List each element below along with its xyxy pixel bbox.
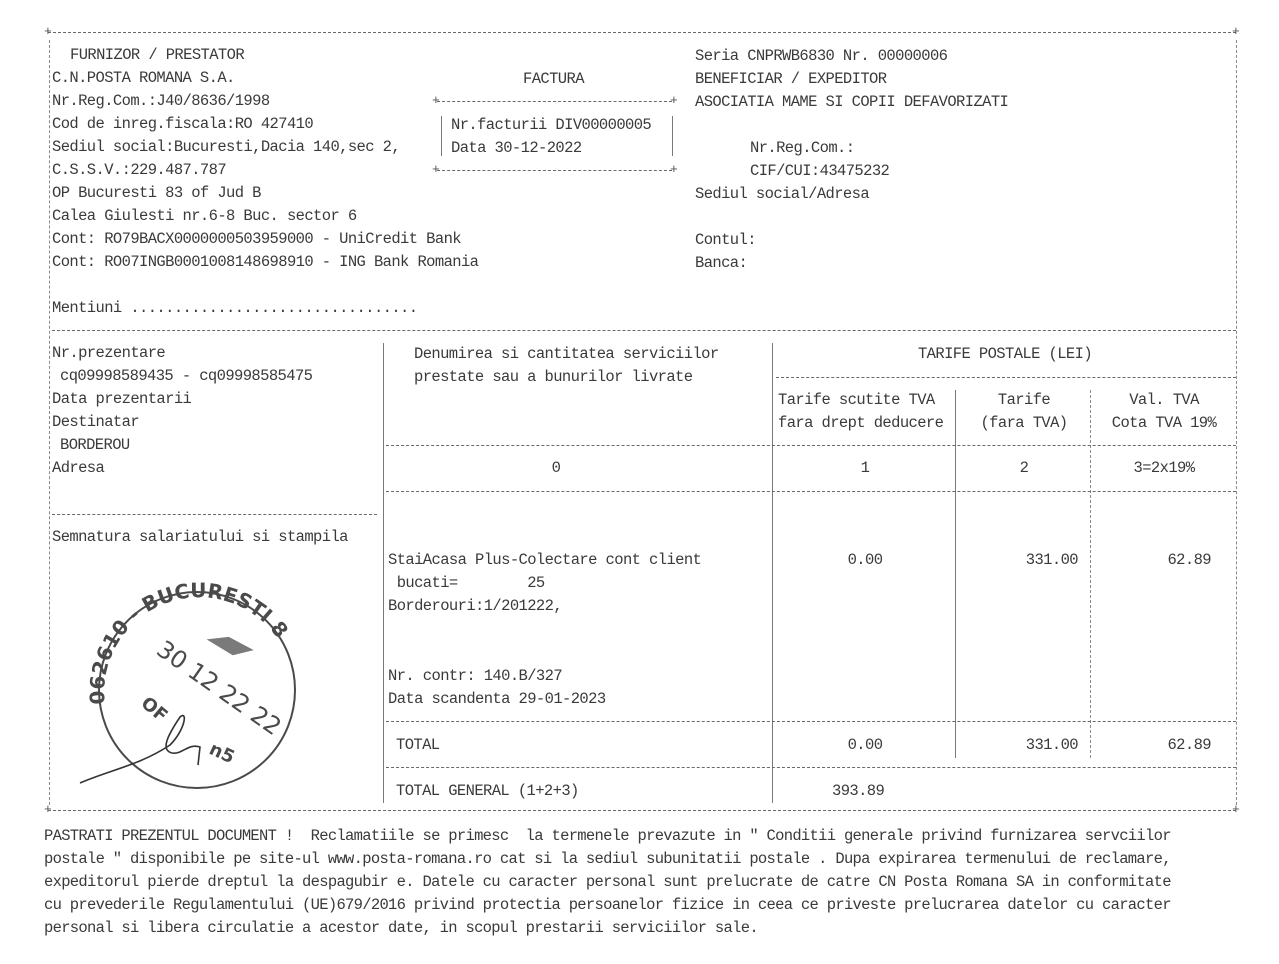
- item-quantity: bucati= 25: [388, 573, 545, 593]
- beneficiary-name: ASOCIATIA MAME SI COPII DEFAVORIZATI: [695, 92, 1008, 112]
- invoice-box-right: [672, 116, 673, 156]
- invoice-number: Nr.facturii DIV00000005: [451, 115, 651, 135]
- col-index-0: 0: [386, 458, 726, 478]
- total-exempt-value: 0.00: [775, 735, 955, 755]
- mentions: Mentiuni ...............................…: [52, 298, 417, 318]
- item-vat-value: 62.89: [1093, 550, 1211, 570]
- frame-top-border: [48, 32, 1236, 33]
- supplier-fiscal-code: Cod de inreg.fiscala:RO 427410: [52, 114, 313, 134]
- beneficiary-cif: CIF/CUI:43475232: [750, 161, 889, 181]
- signature-scribble: [80, 716, 200, 783]
- postal-stamp: 062610 - BUCURESTI 83 30 12 22 22 OF n5: [60, 575, 320, 795]
- supplier-address: Calea Giulesti nr.6-8 Buc. sector 6: [52, 206, 357, 226]
- invoice-series: Seria CNPRWB6830 Nr. 00000006: [695, 46, 947, 66]
- invoice-box-left: [441, 116, 442, 156]
- col-sep-desc-left: [383, 343, 384, 803]
- recipient-value: BORDEROU: [60, 435, 130, 455]
- col-index-3: 3=2x19%: [1093, 458, 1235, 478]
- frame-right-border: [1236, 40, 1237, 805]
- item-net-value: 331.00: [958, 550, 1078, 570]
- col-index-1: 1: [775, 458, 955, 478]
- invoice-box-bottom: [437, 170, 672, 171]
- item-borderouri: Borderouri:1/201222,: [388, 596, 562, 616]
- legal-notice-line: personal si libera circulatie a acestor …: [44, 917, 1244, 940]
- col-sep-exempt-left: [772, 343, 773, 803]
- invoice-box-top: [437, 101, 672, 102]
- total-net-value: 331.00: [958, 735, 1078, 755]
- supplier-reg-com: Nr.Reg.Com.:J40/8636/1998: [52, 91, 270, 111]
- presentation-address-label: Adresa: [52, 458, 104, 478]
- legal-notice-line: postale " disponibile pe site-ul www.pos…: [44, 848, 1244, 871]
- beneficiary-bank-label: Banca:: [695, 253, 747, 273]
- legal-notice: PASTRATI PREZENTUL DOCUMENT ! Reclamatii…: [44, 825, 1244, 940]
- desc-header-line-2: prestate sau a bunurilor livrate: [414, 367, 692, 387]
- grand-total-value: 393.89: [832, 781, 884, 801]
- supplier-account-1: Cont: RO79BACX0000000503959000 - UniCred…: [52, 229, 461, 249]
- beneficiary-heading: BENEFICIAR / EXPEDITOR: [695, 69, 886, 89]
- invoice-box-corner: +: [670, 165, 678, 175]
- presentation-date-label: Data prezentarii: [52, 389, 191, 409]
- frame-corner: +: [1232, 805, 1240, 815]
- col3-header-line-2: Cota TVA 19%: [1093, 413, 1235, 433]
- frame-bottom-border: [48, 810, 1236, 811]
- col1-header-line-1: Tarife scutite TVA: [778, 390, 935, 410]
- tariffs-header-divider: [776, 377, 1236, 378]
- frame-left-border: [49, 40, 50, 805]
- invoice-box-corner: +: [432, 165, 440, 175]
- grand-total-label: TOTAL GENERAL (1+2+3): [396, 781, 579, 801]
- frame-corner: +: [44, 27, 52, 37]
- stamp-suffix: n5: [206, 738, 238, 768]
- supplier-registered-office: Sediul social:Bucuresti,Dacia 140,sec 2,: [52, 137, 400, 157]
- invoice-date: Data 30-12-2022: [451, 138, 582, 158]
- tariffs-header: TARIFE POSTALE (LEI): [775, 344, 1235, 364]
- header-divider: [386, 445, 1236, 446]
- stamp-top-text: 062610 - BUCURESTI 83: [60, 575, 293, 705]
- col2-header-line-1: Tarife: [958, 390, 1090, 410]
- beneficiary-account-label: Contul:: [695, 230, 756, 250]
- stamp-date: 30 12 22 22: [152, 635, 287, 741]
- item-due-date: Data scandenta 29-01-2023: [388, 689, 606, 709]
- col3-header-line-1: Val. TVA: [1093, 390, 1235, 410]
- invoice-box-corner: +: [432, 96, 440, 106]
- legal-notice-line: cu prevederile Regulamentului (UE)679/20…: [44, 894, 1244, 917]
- item-exempt-value: 0.00: [775, 550, 955, 570]
- frame-corner: +: [1232, 27, 1240, 37]
- supplier-cssv: C.S.S.V.:229.487.787: [52, 160, 226, 180]
- supplier-office: OP Bucuresti 83 of Jud B: [52, 183, 261, 203]
- signature-divider: [52, 514, 377, 515]
- legal-notice-line: expeditorul pierde dreptul la despagubir…: [44, 871, 1244, 894]
- signature-label: Semnatura salariatului si stampila: [52, 527, 348, 547]
- recipient-label: Destinatar: [52, 412, 139, 432]
- item-contract: Nr. contr: 140.B/327: [388, 666, 562, 686]
- stamp-logo-icon: [205, 630, 256, 661]
- index-divider: [386, 491, 1236, 492]
- legal-notice-line: PASTRATI PREZENTUL DOCUMENT ! Reclamatii…: [44, 825, 1244, 848]
- supplier-heading: FURNIZOR / PRESTATOR: [70, 45, 244, 65]
- invoice-box-corner: +: [670, 96, 678, 106]
- supplier-account-2: Cont: RO07INGB0001008148698910 - ING Ban…: [52, 252, 478, 272]
- total-vat-value: 62.89: [1093, 735, 1211, 755]
- presentation-nr-value: cq09998589435 - cq09998585475: [60, 366, 312, 386]
- section-divider: [52, 330, 1236, 331]
- item-description: StaiAcasa Plus-Colectare cont client: [388, 550, 701, 570]
- desc-header-line-1: Denumirea si cantitatea serviciilor: [414, 344, 719, 364]
- col2-header-line-2: (fara TVA): [958, 413, 1090, 433]
- col-index-2: 2: [958, 458, 1090, 478]
- presentation-nr-label: Nr.prezentare: [52, 343, 165, 363]
- beneficiary-reg-com: Nr.Reg.Com.:: [750, 138, 854, 158]
- beneficiary-address-label: Sediul social/Adresa: [695, 184, 869, 204]
- total-label: TOTAL: [396, 735, 440, 755]
- frame-corner: +: [44, 805, 52, 815]
- total-divider: [386, 721, 1236, 722]
- grand-total-divider: [386, 767, 1236, 768]
- stamp-office: OF: [137, 693, 172, 727]
- supplier-name: C.N.POSTA ROMANA S.A.: [52, 68, 235, 88]
- invoice-title: FACTURA: [523, 69, 584, 89]
- col1-header-line-2: fara drept deducere: [778, 413, 943, 433]
